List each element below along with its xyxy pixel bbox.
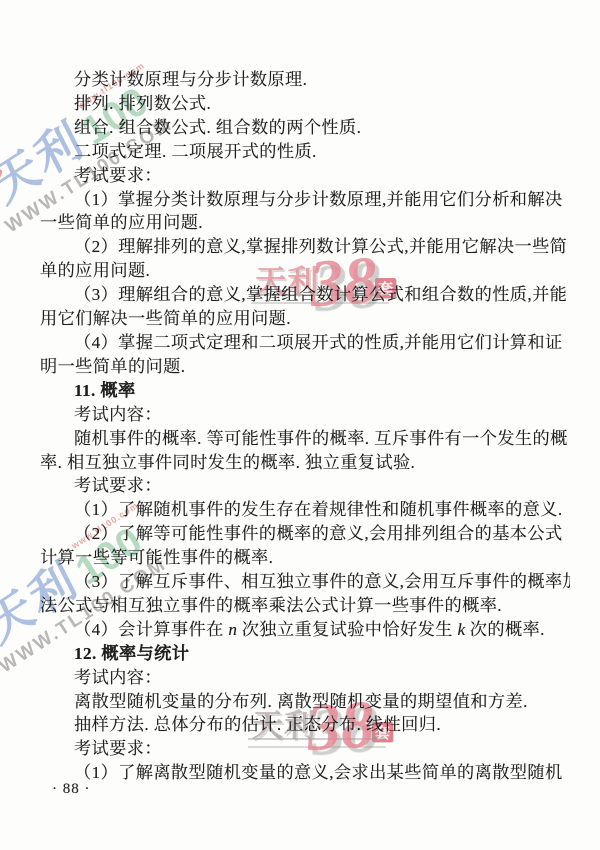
text-line: 随机事件的概率. 等可能性事件的概率. 互斥事件有一个发生的概 [40, 427, 570, 451]
text-line: 组合. 组合数公式. 组合数的两个性质. [40, 116, 570, 140]
text-line: 计算一些等可能性事件的概率. [40, 546, 570, 570]
text-run: （4）会计算事件在 [74, 620, 228, 639]
scanned-page: www.tl100.com 天利 100 WWW.TL100.COM www.t… [0, 0, 600, 850]
logo-red-accent-icon [0, 168, 3, 189]
document-body: 分类计数原理与分步计数原理.排列. 排列数公式.组合. 组合数公式. 组合数的两… [40, 68, 570, 785]
text-line: 考试要求： [40, 164, 570, 188]
text-run: 次独立重复试验中恰好发生 [237, 620, 457, 639]
text-line: 考试内容： [40, 403, 570, 427]
text-line: （2）了解等可能性事件的概率的意义,会用排列组合的基本公式 [40, 522, 570, 546]
text-line: （4）会计算事件在 n 次独立重复试验中恰好发生 k 次的概率. [40, 618, 570, 642]
text-line: （4）掌握二项式定理和二项展开式的性质,并能用它们计算和证 [40, 331, 570, 355]
text-line: 考试要求： [40, 474, 570, 498]
text-line: 率. 相互独立事件同时发生的概率. 独立重复试验. [40, 451, 570, 475]
text-line: 明一些简单的问题. [40, 355, 570, 379]
text-line: 11. 概率 [40, 379, 570, 403]
text-line: 单的应用问题. [40, 259, 570, 283]
text-line: （1）了解离散型随机变量的意义,会求出某些简单的离散型随机 [40, 761, 570, 785]
text-line: （3）了解互斥事件、相互独立事件的意义,会用互斥事件的概率加 [40, 570, 570, 594]
text-line: 二项式定理. 二项展开式的性质. [40, 140, 570, 164]
text-line: 一些简单的应用问题. [40, 211, 570, 235]
text-line: 用它们解决一些简单的应用问题. [40, 307, 570, 331]
text-line: 考试要求： [40, 737, 570, 761]
page-number: · 88 · [52, 781, 91, 798]
math-variable: n [228, 620, 237, 639]
text-line: （3）理解组合的意义,掌握组合数计算公式和组合数的性质,并能 [40, 283, 570, 307]
text-line: （1）了解随机事件的发生存在着规律性和随机事件概率的意义. [40, 498, 570, 522]
text-run: 次的概率. [465, 620, 545, 639]
text-line: 12. 概率与统计 [40, 642, 570, 666]
text-line: 分类计数原理与分步计数原理. [40, 68, 570, 92]
text-line: 法公式与相互独立事件的概率乘法公式计算一些事件的概率. [40, 594, 570, 618]
text-line: 离散型随机变量的分布列. 离散型随机变量的期望值和方差. [40, 690, 570, 714]
text-line: 考试内容： [40, 666, 570, 690]
text-line: （2）理解排列的意义,掌握排列数计算公式,并能用它解决一些简 [40, 235, 570, 259]
text-line: （1）掌握分类计数原理与分步计数原理,并能用它们分析和解决 [40, 188, 570, 212]
text-line: 抽样方法. 总体分布的估计. 正态分布. 线性回归. [40, 713, 570, 737]
math-variable: k [457, 620, 465, 639]
text-line: 排列. 排列数公式. [40, 92, 570, 116]
